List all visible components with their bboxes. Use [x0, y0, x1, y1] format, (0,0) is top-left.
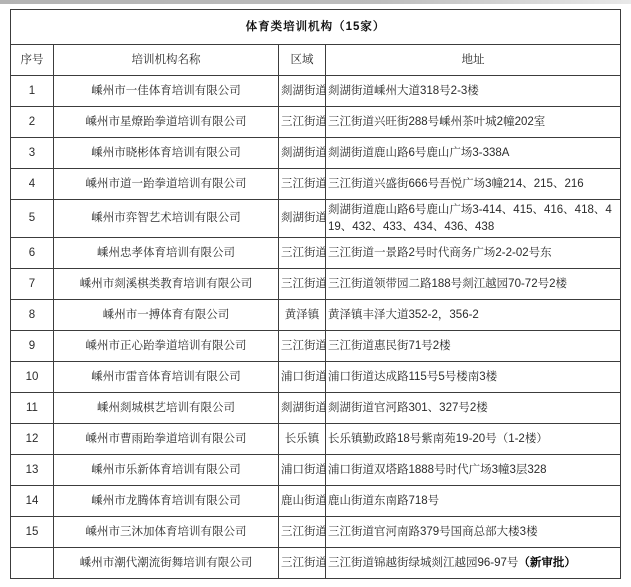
table-row: 11 嵊州剡城棋艺培训有限公司 剡湖街道 剡湖街道官河路301、327号2楼 [11, 393, 621, 424]
address: 浦口街道达成路115号5号楼南3楼 [326, 362, 621, 393]
address: 三江街道一景路2号时代商务广场2-2-02号东 [326, 238, 621, 269]
institution-name: 嵊州市龙腾体育培训有限公司 [54, 486, 279, 517]
institution-name: 嵊州市晓彬体育培训有限公司 [54, 138, 279, 169]
institution-name: 嵊州市星燎跆拳道培训有限公司 [54, 107, 279, 138]
region: 三江街道 [279, 331, 326, 362]
region: 剡湖街道 [279, 200, 326, 238]
institution-name: 嵊州市一佳体育培训有限公司 [54, 76, 279, 107]
row-number: 7 [11, 269, 54, 300]
row-number: 3 [11, 138, 54, 169]
institution-name: 嵊州市潮代潮流街舞培训有限公司 [54, 548, 279, 579]
row-number: 2 [11, 107, 54, 138]
row-number: 12 [11, 424, 54, 455]
address: 剡湖街道鹿山路6号鹿山广场3-338A [326, 138, 621, 169]
table-row: 13 嵊州市乐新体育培训有限公司 浦口街道 浦口街道双塔路1888号时代广场3幢… [11, 455, 621, 486]
table-row: 嵊州市潮代潮流街舞培训有限公司 三江街道 三江街道锦越街绿城剡江越园96-97号… [11, 548, 621, 579]
institution-name: 嵊州市弈智艺术培训有限公司 [54, 200, 279, 238]
address-new-approval-note: （新审批） [518, 557, 576, 569]
institution-name: 嵊州剡城棋艺培训有限公司 [54, 393, 279, 424]
header-row: 序号 培训机构名称 区域 地址 [11, 45, 621, 76]
address: 三江街道锦越街绿城剡江越园96-97号（新审批） [326, 548, 621, 579]
region: 三江街道 [279, 238, 326, 269]
page: 体育类培训机构（15家） 序号 培训机构名称 区域 地址 1 嵊州市一佳体育培训… [0, 0, 631, 587]
top-edge-strip [0, 0, 631, 4]
address: 三江街道兴盛街666号吾悦广场3幢214、215、216 [326, 169, 621, 200]
institution-name: 嵊州市道一跆拳道培训有限公司 [54, 169, 279, 200]
table-row: 14 嵊州市龙腾体育培训有限公司 鹿山街道 鹿山街道东南路718号 [11, 486, 621, 517]
address: 长乐镇勤政路18号紫南苑19-20号（1-2楼） [326, 424, 621, 455]
table-title: 体育类培训机构（15家） [11, 10, 621, 45]
address: 三江街道官河南路379号国商总部大楼3楼 [326, 517, 621, 548]
institution-name: 嵊州市雷音体育培训有限公司 [54, 362, 279, 393]
address: 三江街道兴旺街288号嵊州茶叶城2幢202室 [326, 107, 621, 138]
training-institutions-table: 体育类培训机构（15家） 序号 培训机构名称 区域 地址 1 嵊州市一佳体育培训… [10, 9, 621, 579]
table-row: 12 嵊州市曹雨跆拳道培训有限公司 长乐镇 长乐镇勤政路18号紫南苑19-20号… [11, 424, 621, 455]
table-row: 4 嵊州市道一跆拳道培训有限公司 三江街道 三江街道兴盛街666号吾悦广场3幢2… [11, 169, 621, 200]
region: 三江街道 [279, 517, 326, 548]
address: 三江街道领带园二路188号剡江越园70-72号2楼 [326, 269, 621, 300]
table-row: 5 嵊州市弈智艺术培训有限公司 剡湖街道 剡湖街道鹿山路6号鹿山广场3-414、… [11, 200, 621, 238]
institution-name: 嵊州市正心跆拳道培训有限公司 [54, 331, 279, 362]
col-header-region: 区域 [279, 45, 326, 76]
region: 浦口街道 [279, 362, 326, 393]
col-header-no: 序号 [11, 45, 54, 76]
address: 浦口街道双塔路1888号时代广场3幢3层328 [326, 455, 621, 486]
address: 黄泽镇丰泽大道352-2，356-2 [326, 300, 621, 331]
address-text: 三江街道锦越街绿城剡江越园96-97号 [328, 557, 518, 569]
region: 三江街道 [279, 107, 326, 138]
row-number: 9 [11, 331, 54, 362]
row-number: 6 [11, 238, 54, 269]
table-row: 8 嵊州市一搏体育有限公司 黄泽镇 黄泽镇丰泽大道352-2，356-2 [11, 300, 621, 331]
row-number: 14 [11, 486, 54, 517]
table-row: 2 嵊州市星燎跆拳道培训有限公司 三江街道 三江街道兴旺街288号嵊州茶叶城2幢… [11, 107, 621, 138]
institution-name: 嵊州市三沐加体育培训有限公司 [54, 517, 279, 548]
row-number: 8 [11, 300, 54, 331]
row-number: 5 [11, 200, 54, 238]
region: 鹿山街道 [279, 486, 326, 517]
table-row: 1 嵊州市一佳体育培训有限公司 剡湖街道 剡湖街道嵊州大道318号2-3楼 [11, 76, 621, 107]
row-number [11, 548, 54, 579]
table-row: 3 嵊州市晓彬体育培训有限公司 剡湖街道 剡湖街道鹿山路6号鹿山广场3-338A [11, 138, 621, 169]
region: 剡湖街道 [279, 76, 326, 107]
row-number: 13 [11, 455, 54, 486]
table-row: 6 嵊州忠孝体育培训有限公司 三江街道 三江街道一景路2号时代商务广场2-2-0… [11, 238, 621, 269]
region: 三江街道 [279, 548, 326, 579]
table-row: 7 嵊州市剡溪棋类教育培训有限公司 三江街道 三江街道领带园二路188号剡江越园… [11, 269, 621, 300]
region: 三江街道 [279, 269, 326, 300]
table-row: 15 嵊州市三沐加体育培训有限公司 三江街道 三江街道官河南路379号国商总部大… [11, 517, 621, 548]
region: 浦口街道 [279, 455, 326, 486]
address: 鹿山街道东南路718号 [326, 486, 621, 517]
address: 剡湖街道鹿山路6号鹿山广场3-414、415、416、418、419、432、4… [326, 200, 621, 238]
region: 三江街道 [279, 169, 326, 200]
address: 三江街道惠民街71号2楼 [326, 331, 621, 362]
row-number: 11 [11, 393, 54, 424]
institution-name: 嵊州市一搏体育有限公司 [54, 300, 279, 331]
region: 黄泽镇 [279, 300, 326, 331]
region: 剡湖街道 [279, 138, 326, 169]
institution-name: 嵊州忠孝体育培训有限公司 [54, 238, 279, 269]
col-header-address: 地址 [326, 45, 621, 76]
row-number: 15 [11, 517, 54, 548]
institution-name: 嵊州市乐新体育培训有限公司 [54, 455, 279, 486]
address: 剡湖街道嵊州大道318号2-3楼 [326, 76, 621, 107]
row-number: 4 [11, 169, 54, 200]
title-row: 体育类培训机构（15家） [11, 10, 621, 45]
institution-name: 嵊州市剡溪棋类教育培训有限公司 [54, 269, 279, 300]
region: 剡湖街道 [279, 393, 326, 424]
table-row: 9 嵊州市正心跆拳道培训有限公司 三江街道 三江街道惠民街71号2楼 [11, 331, 621, 362]
table-row: 10 嵊州市雷音体育培训有限公司 浦口街道 浦口街道达成路115号5号楼南3楼 [11, 362, 621, 393]
institution-name: 嵊州市曹雨跆拳道培训有限公司 [54, 424, 279, 455]
col-header-name: 培训机构名称 [54, 45, 279, 76]
row-number: 1 [11, 76, 54, 107]
address: 剡湖街道官河路301、327号2楼 [326, 393, 621, 424]
row-number: 10 [11, 362, 54, 393]
region: 长乐镇 [279, 424, 326, 455]
